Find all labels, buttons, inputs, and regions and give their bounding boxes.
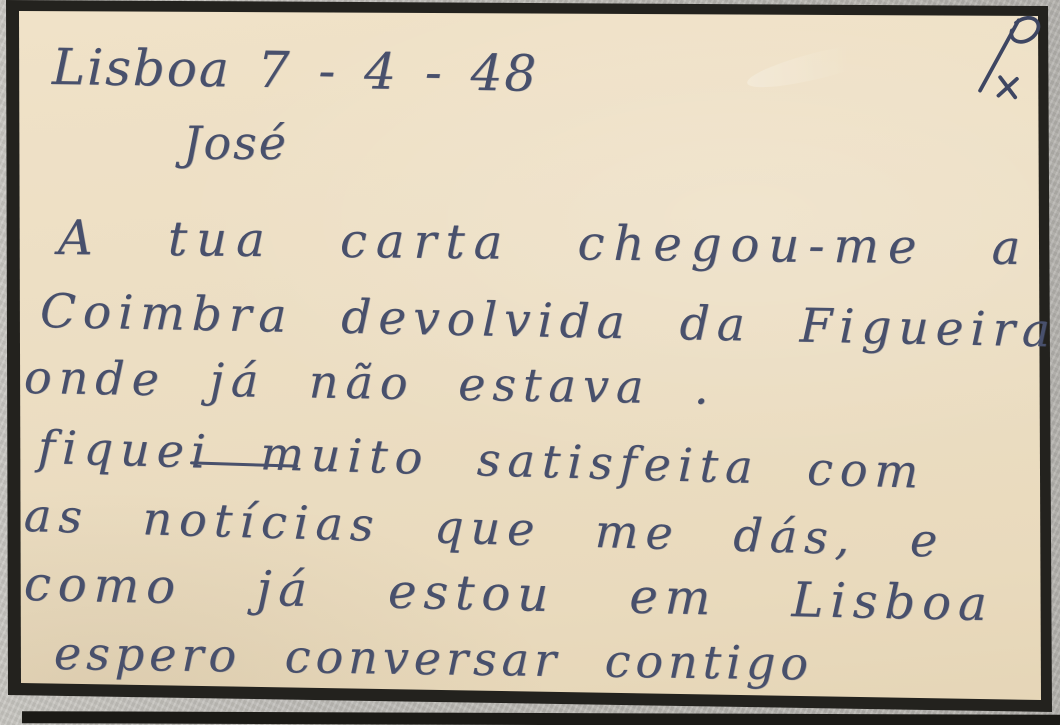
date-line: Lisboa 7 - 4 - 48 (52, 38, 539, 103)
body-line-1: A tua carta chegou-me a (58, 210, 1030, 276)
scan-bottom-edge (22, 711, 1060, 725)
chi-rho-px-icon (968, 12, 1044, 104)
scanned-handwritten-letter: Lisboa 7 - 4 - 48 José A tua carta chego… (0, 0, 1060, 725)
body-line-3: onde já não estava . (24, 350, 716, 415)
body-line-7: espero conversar contigo (54, 626, 814, 691)
salutation-line: José (183, 116, 288, 170)
